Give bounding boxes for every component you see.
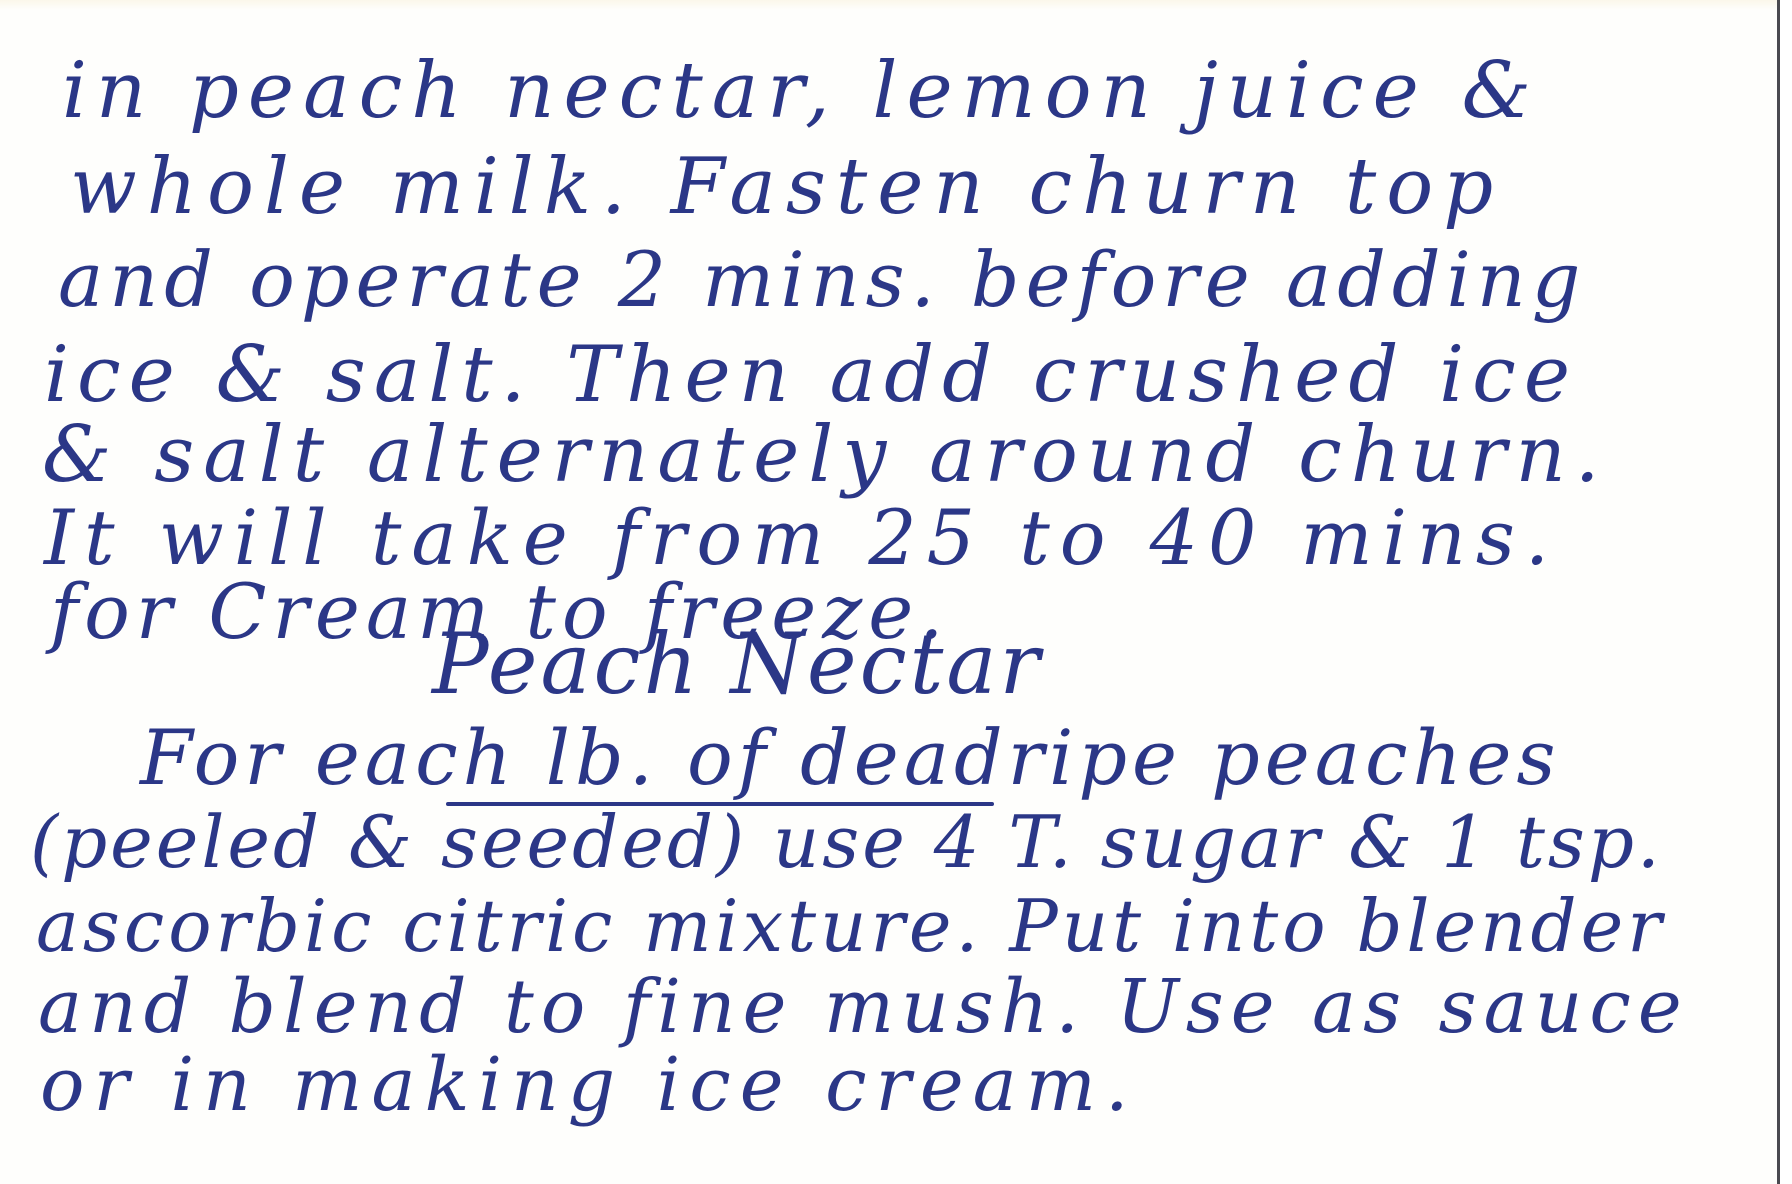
recipe-line-2: (peeled & seeded) use 4 T. sugar & 1 tsp… <box>30 806 1663 878</box>
instruction-line-1: in peach nectar, lemon juice & <box>62 52 1540 130</box>
recipe-card: in peach nectar, lemon juice & whole mil… <box>0 0 1780 1184</box>
recipe-line-3: ascorbic citric mixture. Put into blende… <box>36 890 1666 962</box>
recipe-line-5: or in making ice cream. <box>40 1048 1138 1122</box>
instruction-line-3: and operate 2 mins. before adding <box>58 242 1586 318</box>
recipe-line-4: and blend to fine mush. Use as sauce <box>38 970 1689 1044</box>
recipe-line-1: For each lb. of deadripe peaches <box>140 720 1561 796</box>
instruction-line-5: & salt alternately around churn. <box>42 416 1609 494</box>
recipe-title: Peach Nectar <box>432 622 1043 706</box>
instruction-line-4: ice & salt. Then add crushed ice <box>44 336 1578 414</box>
instruction-line-6: It will take from 25 to 40 mins. <box>44 500 1559 576</box>
instruction-line-2: whole milk. Fasten churn top <box>70 148 1503 226</box>
